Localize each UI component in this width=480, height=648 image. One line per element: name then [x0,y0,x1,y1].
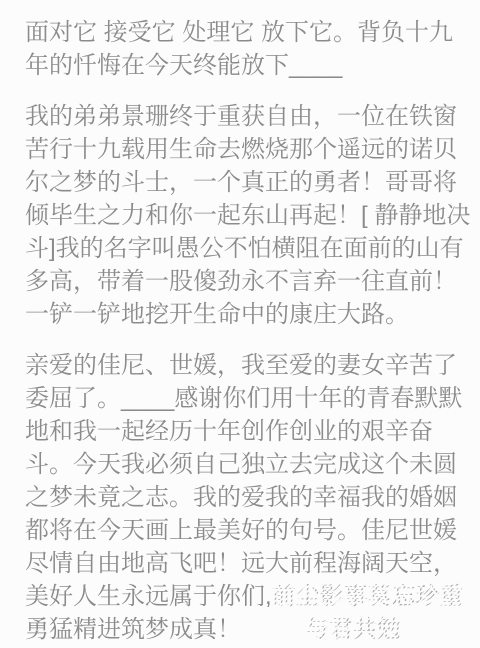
text-line: 尽情自由地高飞吧！远大前程海阔天空， [25,547,462,580]
text-segment: 斗。今天我必须自己独立去完成这个未圆 [25,451,457,478]
text-segment: 年的忏悔在今天终能放下____ [25,52,342,79]
text-line: 多高，带着一股傻劲永不言弃一往直前！ [25,265,462,298]
watermark-text: 前尘影事莫忘珍重 [272,583,464,610]
watermark-text: 与君共勉 [305,616,401,643]
text-line: 我的弟弟景珊终于重获自由，一位在铁窗 [25,100,462,133]
text-photo: 面对它 接受它 处理它 放下它。背负十九年的忏悔在今天终能放下____我的弟弟景… [0,0,480,648]
paragraphs-container: 面对它 接受它 处理它 放下它。背负十九年的忏悔在今天终能放下____我的弟弟景… [25,16,462,646]
text-line: 倾毕生之力和你一起东山再起！[ 静静地决 [25,199,462,232]
text-segment: 一铲一铲地挖开生命中的康庄大路。 [25,301,409,328]
text-segment: 多高，带着一股傻劲永不言弃一往直前！ [25,268,457,295]
text-segment: 面对它 接受它 处理它 放下它。背负十九 [25,19,453,46]
text-segment: 苦行十九载用生命去燃烧那个遥远的诺贝 [25,136,457,163]
text-line: 斗]我的名字叫愚公不怕横阻在面前的山有 [25,232,462,265]
text-segment: 斗]我的名字叫愚公不怕横阻在面前的山有 [25,235,464,262]
text-segment: 美好人生永远属于你们, [25,583,272,610]
text-line: 一铲一铲地挖开生命中的康庄大路。 [25,298,462,331]
text-segment: 勇猛精进筑梦成真！ [25,616,241,643]
text-line: 委屈了。____感谢你们用十年的青春默默 [25,382,462,415]
text-line: 地和我一起经历十年创作创业的艰辛奋 [25,415,462,448]
text-line: 都将在今天画上最美好的句号。佳尼世媛 [25,514,462,547]
text-line: 勇猛精进筑梦成真！与君共勉 [25,613,462,646]
text-segment: 倾毕生之力和你一起东山再起！[ 静静地决 [25,202,470,229]
text-line: 面对它 接受它 处理它 放下它。背负十九 [25,16,462,49]
text-segment: 委屈了。____感谢你们用十年的青春默默 [25,385,462,412]
text-line: 亲爱的佳尼、世媛，我至爱的妻女辛苦了 [25,349,462,382]
text-segment: 都将在今天画上最美好的句号。佳尼世媛 [25,517,457,544]
text-segment: 我的弟弟景珊终于重获自由，一位在铁窗 [25,103,457,130]
text-segment: 亲爱的佳尼、世媛，我至爱的妻女辛苦了 [25,352,457,379]
text-segment: 之梦未竟之志。我的爱我的幸福我的婚姻 [25,484,457,511]
text-segment: 尔之梦的斗士，一个真正的勇者！哥哥将 [25,169,457,196]
paragraph: 面对它 接受它 处理它 放下它。背负十九年的忏悔在今天终能放下____ [25,16,462,82]
text-line: 斗。今天我必须自己独立去完成这个未圆 [25,448,462,481]
text-line: 苦行十九载用生命去燃烧那个遥远的诺贝 [25,133,462,166]
paragraph: 亲爱的佳尼、世媛，我至爱的妻女辛苦了委屈了。____感谢你们用十年的青春默默地和… [25,349,462,646]
text-line: 年的忏悔在今天终能放下____ [25,49,462,82]
text-line: 美好人生永远属于你们,前尘影事莫忘珍重 [25,580,462,613]
text-line: 之梦未竟之志。我的爱我的幸福我的婚姻 [25,481,462,514]
page: { "page": { "background_color": "#fcfcfc… [0,0,480,648]
text-line: 尔之梦的斗士，一个真正的勇者！哥哥将 [25,166,462,199]
text-segment: 尽情自由地高飞吧！远大前程海阔天空， [25,550,457,577]
paragraph: 我的弟弟景珊终于重获自由，一位在铁窗苦行十九载用生命去燃烧那个遥远的诺贝尔之梦的… [25,100,462,331]
text-segment: 地和我一起经历十年创作创业的艰辛奋 [25,418,433,445]
